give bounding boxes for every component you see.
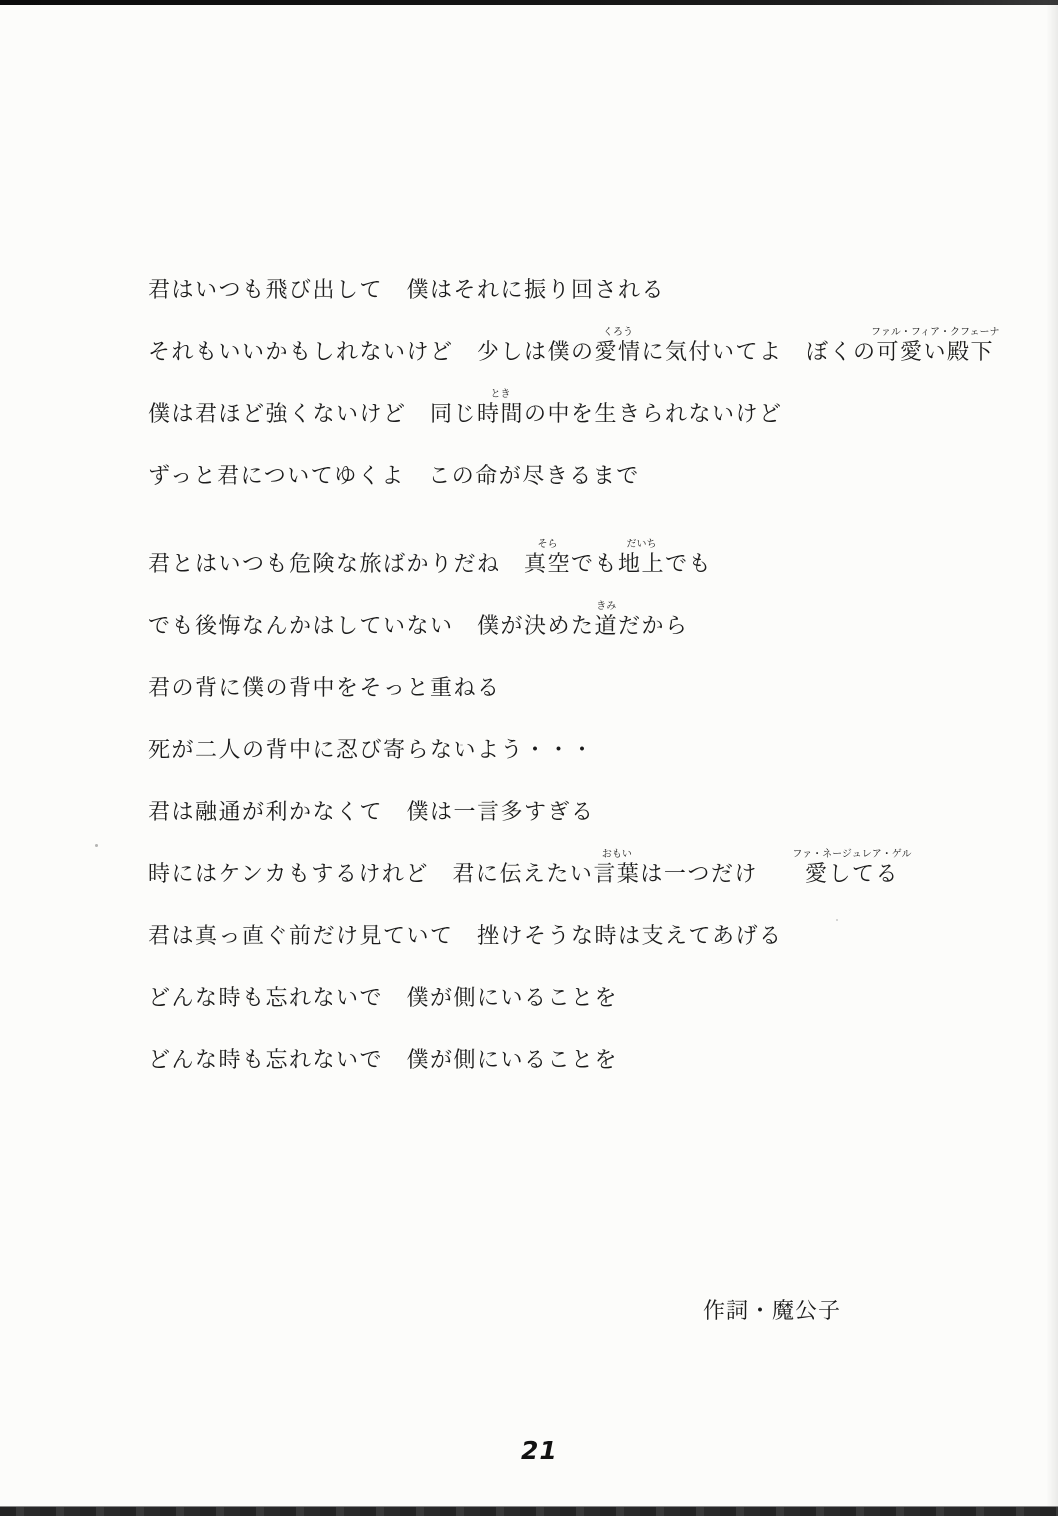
lyric-text: それもいいかもしれないけど 少しは僕の [148,339,595,364]
lyric-line: ずっと君についてゆくよ この命が尽きるまで [148,464,1008,488]
lyric-text: に気付いてよ ぼくの [642,339,877,364]
lyric-text: どんな時も忘れないで 僕が側にいることを [148,985,618,1010]
lyric-text: ずっと君についてゆくよ この命が尽きるまで [148,463,640,488]
scan-speck [95,844,98,847]
ruby-base: 可愛い殿下ファル・フィア・クフェーナ [877,340,995,364]
ruby-annotation: おもい [602,850,632,860]
ruby-annotation: そら [538,540,558,550]
ruby-base: 道きみ [595,614,619,638]
lyric-text: は一つだけ [640,861,805,886]
ruby-base-text: 愛してる [805,861,899,886]
ruby-annotation: ファ・ネージュレア・ゲル [792,850,911,860]
lyric-text: だから [618,613,689,638]
lyric-line: 時にはケンカもするけれど 君に伝えたい言葉おもいは一つだけ 愛してるファ・ネージ… [148,862,1008,886]
lyric-text: の中を生きられないけど [524,401,783,426]
lyric-text: 君は真っ直ぐ前だけ見ていて 挫けそうな時は支えてあげる [148,923,783,948]
scan-edge-bottom [0,1506,1058,1516]
lyric-text: 君の背に僕の背中をそっと重ねる [148,675,501,700]
lyric-line: どんな時も忘れないで 僕が側にいることを [148,1048,1008,1072]
lyric-line: 君は融通が利かなくて 僕は一言多すぎる [148,800,1008,824]
ruby-base-text: 愛情 [595,339,642,364]
lyricist-credit: 作詞・魔公子 [703,1294,841,1325]
lyric-line: 死が二人の背中に忍び寄らないよう・・・ [148,738,1008,762]
ruby-base-text: 地上 [618,551,665,576]
ruby-base-text: 道 [595,613,619,638]
lyric-text: でも [665,551,712,576]
ruby-base: 真空そら [524,552,571,576]
lyric-text: 僕は君ほど強くないけど 同じ [148,401,477,426]
ruby-base-text: 可愛い殿下 [877,339,995,364]
ruby-base-text: 真空 [524,551,571,576]
lyric-line: どんな時も忘れないで 僕が側にいることを [148,986,1008,1010]
stanza: 君は真っ直ぐ前だけ見ていて 挫けそうな時は支えてあげるどんな時も忘れないで 僕が… [148,924,1008,1010]
ruby-base: 言葉おもい [593,862,640,886]
page-number: 21 [521,1436,558,1465]
lyric-line: でも後悔なんかはしていない 僕が決めた道きみだから [148,614,1008,638]
ruby-base: 愛情くろう [595,340,642,364]
ruby-annotation: くろう [603,328,633,338]
scan-edge-top [0,0,1058,5]
stanza: どんな時も忘れないで 僕が側にいることを [148,1048,1008,1072]
scan-edge-right [1046,0,1058,1516]
ruby-base-text: 言葉 [593,861,640,886]
lyric-text: でも [571,551,618,576]
stanza: 君とはいつも危険な旅ばかりだね 真空そらでも地上だいちでもでも後悔なんかはしてい… [148,552,1008,762]
lyric-text: でも後悔なんかはしていない 僕が決めた [148,613,595,638]
ruby-annotation: だいち [627,540,657,550]
ruby-annotation: きみ [596,602,616,612]
lyric-line: 僕は君ほど強くないけど 同じ時間ときの中を生きられないけど [148,402,1008,426]
stanza: 君はいつも飛び出して 僕はそれに振り回されるそれもいいかもしれないけど 少しは僕… [148,278,1008,488]
ruby-base: 愛してるファ・ネージュレア・ゲル [805,862,899,886]
lyric-text: 君はいつも飛び出して 僕はそれに振り回される [148,277,665,302]
lyric-line: 君とはいつも危険な旅ばかりだね 真空そらでも地上だいちでも [148,552,1008,576]
lyric-text: 時にはケンカもするけれど 君に伝えたい [148,861,593,886]
lyric-text: 君とはいつも危険な旅ばかりだね [148,551,524,576]
ruby-annotation: ファル・フィア・クフェーナ [871,328,1000,338]
lyric-text: 君は融通が利かなくて 僕は一言多すぎる [148,799,595,824]
lyric-line: 君の背に僕の背中をそっと重ねる [148,676,1008,700]
ruby-base-text: 時間 [477,401,524,426]
ruby-annotation: とき [491,390,511,400]
stanza: 君は融通が利かなくて 僕は一言多すぎる時にはケンカもするけれど 君に伝えたい言葉… [148,800,1008,886]
lyric-line: それもいいかもしれないけど 少しは僕の愛情くろうに気付いてよ ぼくの可愛い殿下フ… [148,340,1008,364]
ruby-base: 地上だいち [618,552,665,576]
lyrics: 君はいつも飛び出して 僕はそれに振り回されるそれもいいかもしれないけど 少しは僕… [148,278,1008,1110]
lyric-line: 君は真っ直ぐ前だけ見ていて 挫けそうな時は支えてあげる [148,924,1008,948]
lyric-text: どんな時も忘れないで 僕が側にいることを [148,1047,618,1072]
lyric-text: 死が二人の背中に忍び寄らないよう・・・ [148,737,595,762]
ruby-base: 時間とき [477,402,524,426]
lyric-line: 君はいつも飛び出して 僕はそれに振り回される [148,278,1008,302]
